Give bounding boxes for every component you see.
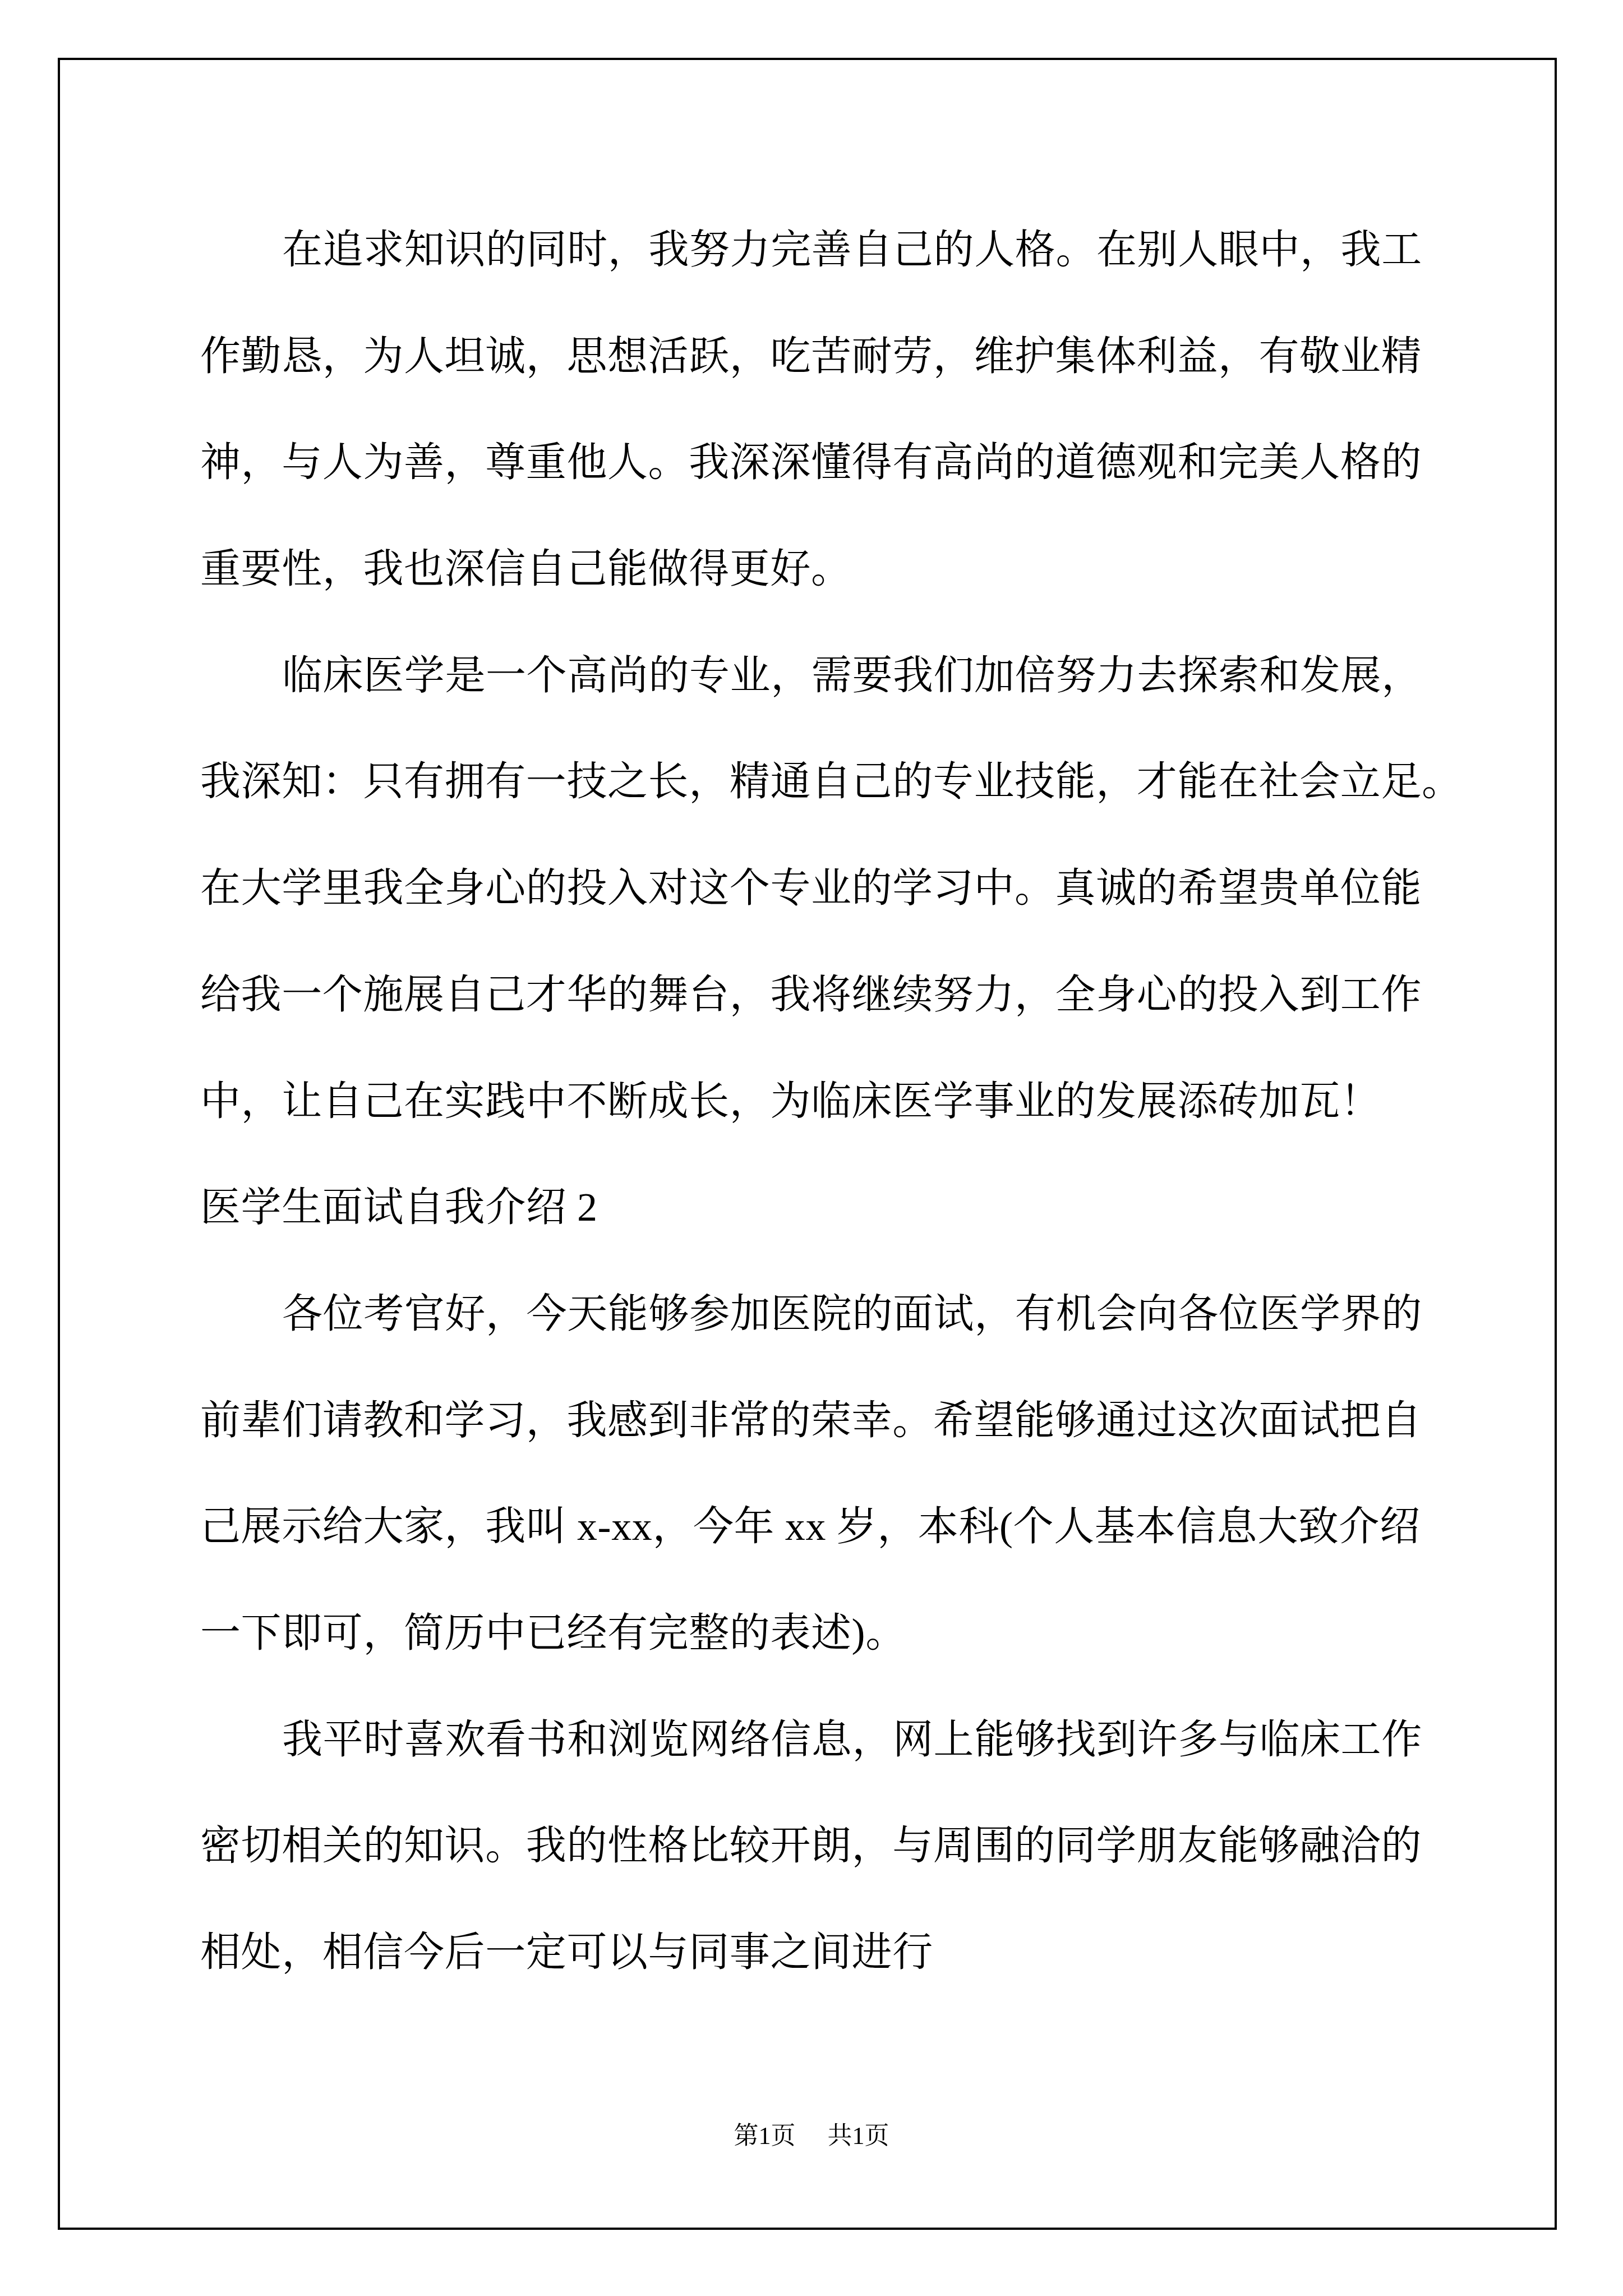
section-heading: 医学生面试自我介绍 2	[200, 1154, 1428, 1261]
text-line: 我深知：只有拥有一技之长，精通自己的专业技能，才能在社会立足。	[200, 729, 1428, 835]
text-line: 在大学里我全身心的投入对这个专业的学习中。真诚的希望贵单位能	[200, 835, 1428, 942]
paragraph: 我平时喜欢看书和浏览网络信息，网上能够找到许多与临床工作密切相关的知识。我的性格…	[200, 1687, 1428, 2006]
text-line: 给我一个施展自己才华的舞台，我将继续努力，全身心的投入到工作	[200, 942, 1428, 1048]
paragraph: 临床医学是一个高尚的专业，需要我们加倍努力去探索和发展，我深知：只有拥有一技之长…	[200, 623, 1428, 1154]
paragraph: 各位考官好，今天能够参加医院的面试，有机会向各位医学界的前辈们请教和学习，我感到…	[200, 1261, 1428, 1687]
text-line: 己展示给大家，我叫 x-xx，今年 xx 岁，本科(个人基本信息大致介绍	[200, 1474, 1428, 1580]
page-number-label: 第1页	[734, 2122, 796, 2150]
text-line: 在追求知识的同时，我努力完善自己的人格。在别人眼中，我工	[200, 197, 1428, 303]
text-line: 一下即可，简历中已经有完整的表述)。	[200, 1580, 1428, 1687]
text-line: 密切相关的知识。我的性格比较开朗，与周围的同学朋友能够融洽的	[200, 1793, 1428, 1899]
text-line: 临床医学是一个高尚的专业，需要我们加倍努力去探索和发展，	[200, 623, 1428, 729]
text-line: 医学生面试自我介绍 2	[200, 1154, 1428, 1261]
text-line: 前辈们请教和学习，我感到非常的荣幸。希望能够通过这次面试把自	[200, 1368, 1428, 1474]
text-line: 作勤恳，为人坦诚，思想活跃，吃苦耐劳，维护集体利益，有敬业精	[200, 303, 1428, 410]
page-footer: 第1页 共1页	[0, 2122, 1623, 2151]
text-line: 我平时喜欢看书和浏览网络信息，网上能够找到许多与临床工作	[200, 1687, 1428, 1793]
text-line: 各位考官好，今天能够参加医院的面试，有机会向各位医学界的	[200, 1261, 1428, 1368]
paragraph: 在追求知识的同时，我努力完善自己的人格。在别人眼中，我工作勤恳，为人坦诚，思想活…	[200, 197, 1428, 623]
text-line: 神，与人为善，尊重他人。我深深懂得有高尚的道德观和完美人格的	[200, 409, 1428, 516]
text-line: 相处，相信今后一定可以与同事之间进行	[200, 1899, 1428, 2006]
total-pages-label: 共1页	[828, 2122, 889, 2150]
document-body: 在追求知识的同时，我努力完善自己的人格。在别人眼中，我工作勤恳，为人坦诚，思想活…	[200, 197, 1428, 2006]
text-line: 中，让自己在实践中不断成长，为临床医学事业的发展添砖加瓦！	[200, 1048, 1428, 1155]
text-line: 重要性，我也深信自己能做得更好。	[200, 516, 1428, 623]
document-page: 在追求知识的同时，我努力完善自己的人格。在别人眼中，我工作勤恳，为人坦诚，思想活…	[0, 0, 1623, 2296]
